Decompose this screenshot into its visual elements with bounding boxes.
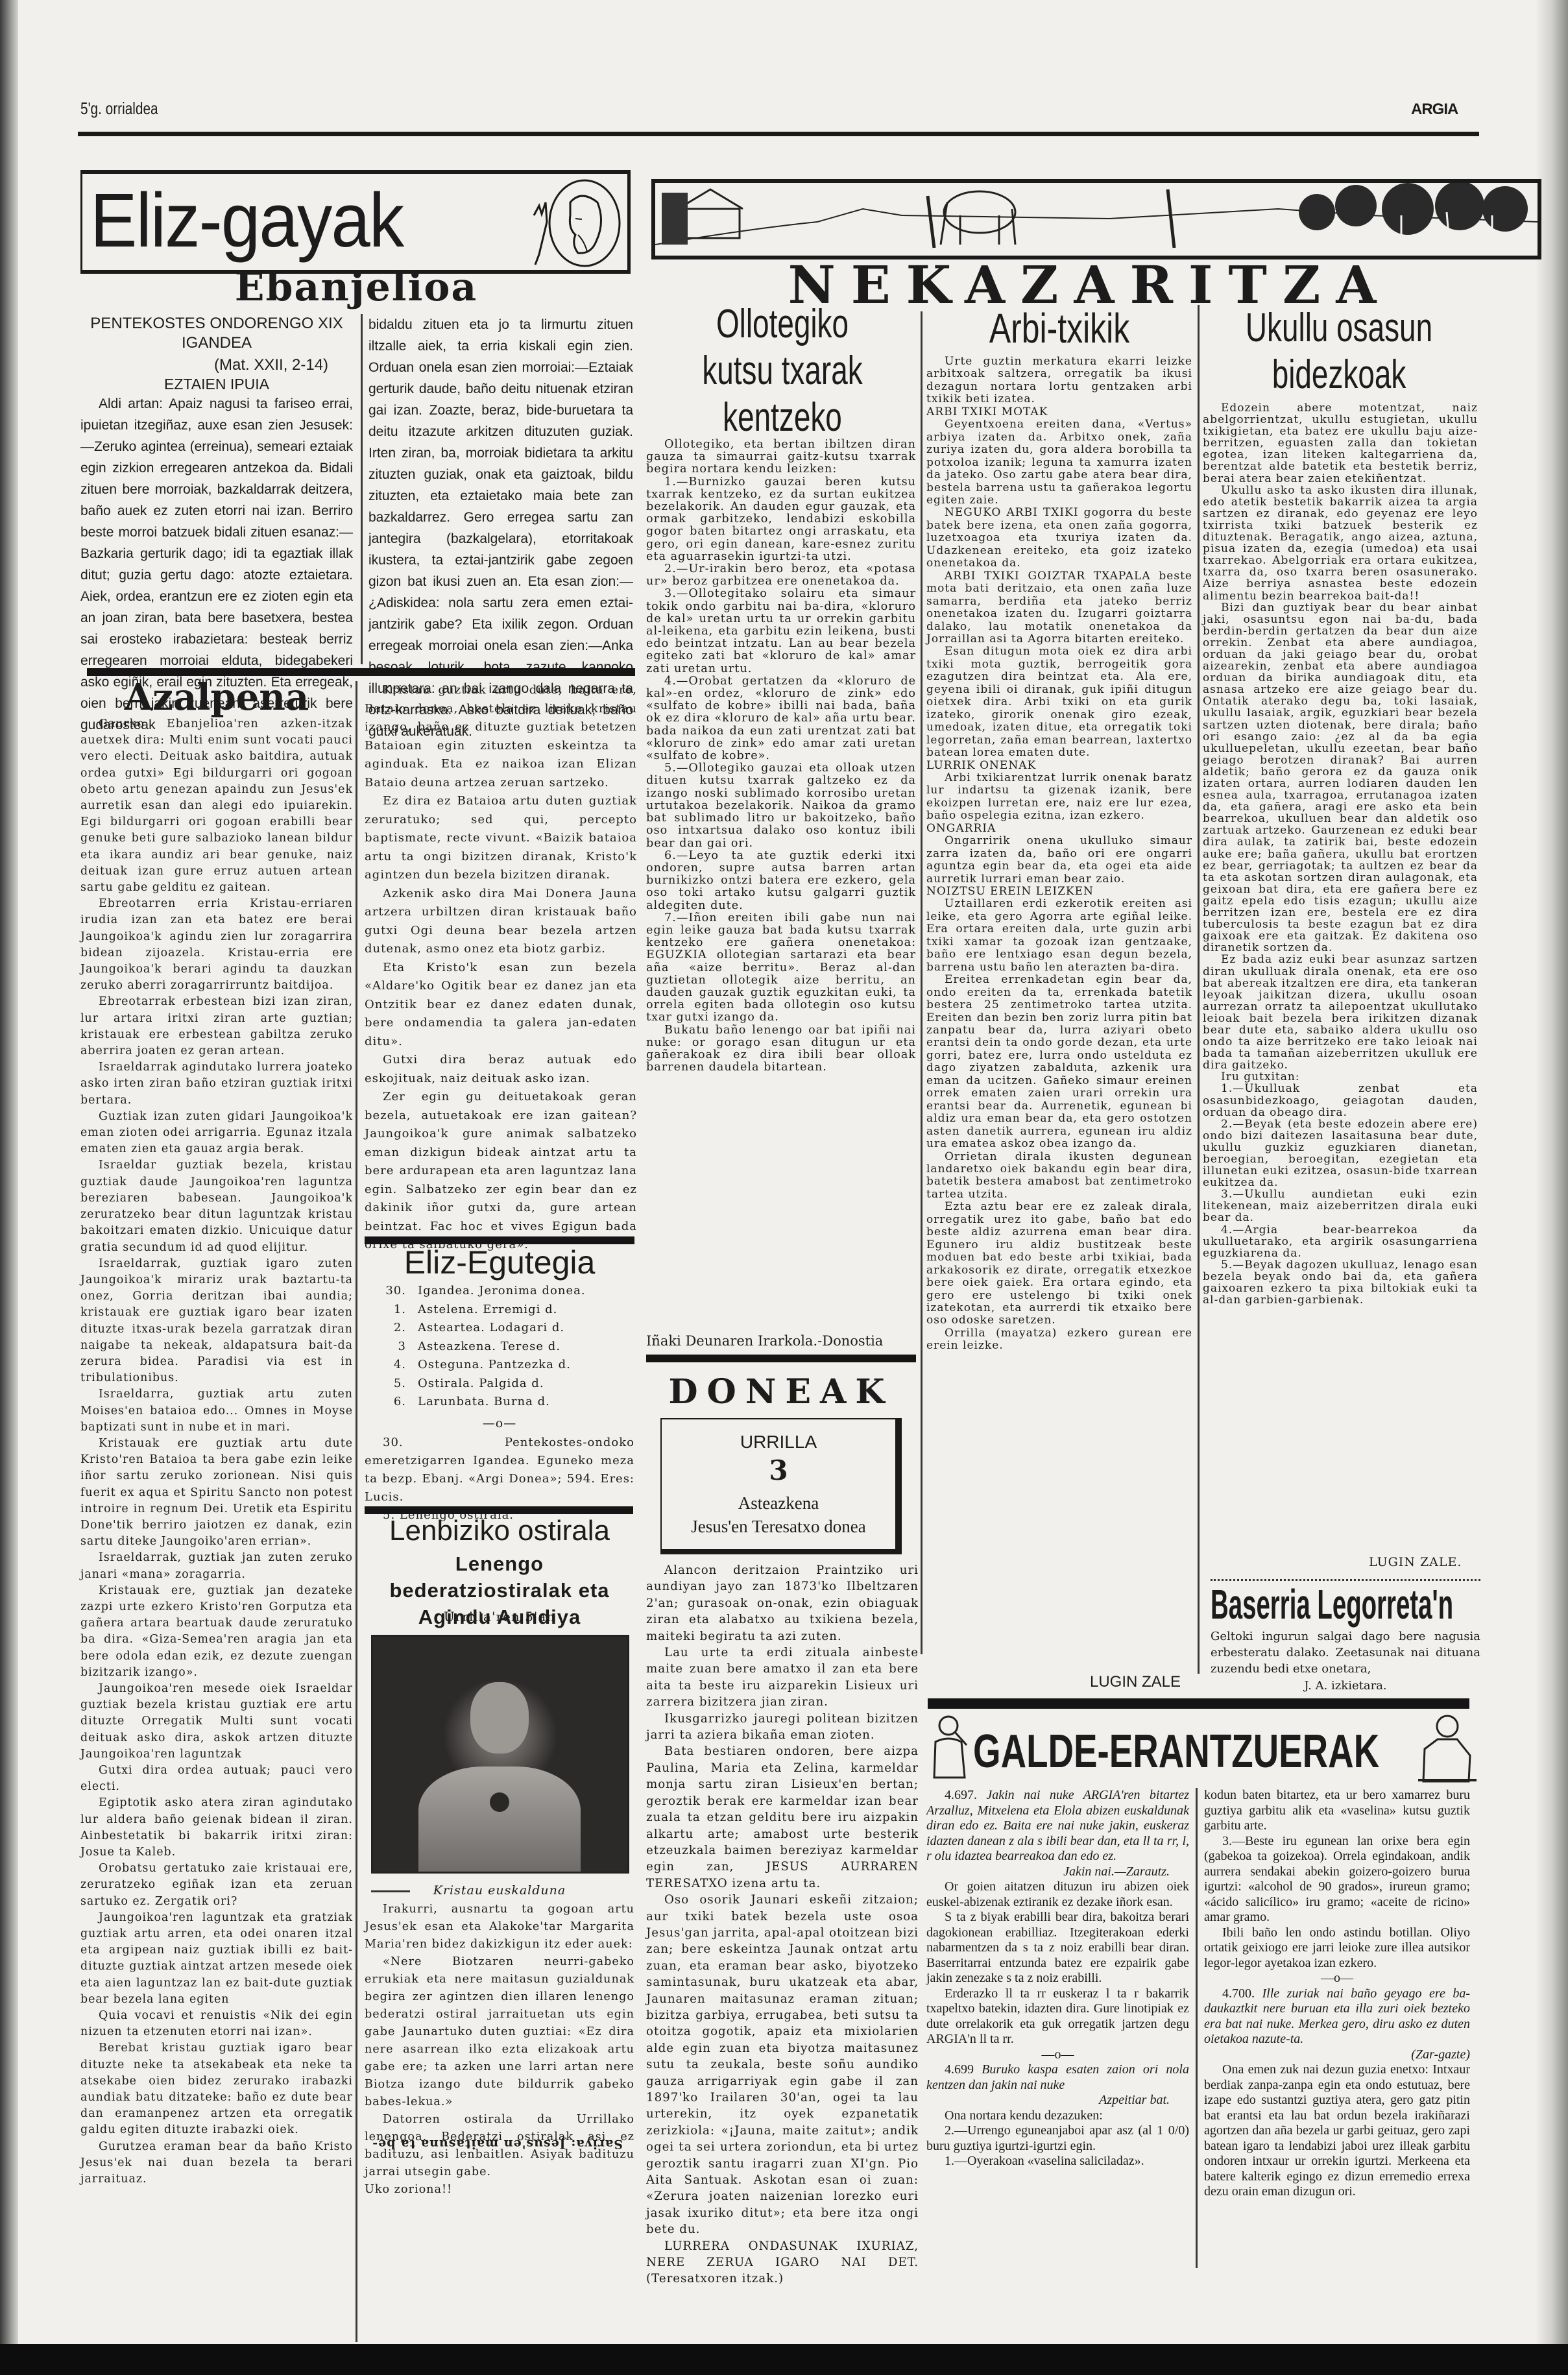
publication-name: ARGIA <box>1411 101 1458 119</box>
arbi-signature: LUGIN ZALE <box>1090 1671 1181 1693</box>
column-divider <box>1198 305 1200 1674</box>
calendar-list: 30.Igandea. Jeronima donea. 1.Astelena. … <box>376 1282 636 1412</box>
box-day: 3 <box>662 1454 895 1487</box>
lenbiziko-title: Lenbiziko ostirala <box>365 1514 634 1548</box>
calendar-day: 3Asteazkena. Terese d. <box>376 1338 636 1356</box>
azalpena-col2: Kristau guztiak artu dute, baita ere, Ba… <box>365 681 637 1255</box>
box-saint-name: Jesus'en Teresatxo donea <box>662 1517 895 1537</box>
calendar-day: 4.Osteguna. Pantzezka d. <box>376 1356 636 1375</box>
header-rule <box>78 132 1479 136</box>
scan-left-edge <box>0 0 18 2375</box>
ukullu-text: Edozein abere motentzat, naiz abelgorrie… <box>1203 402 1478 1306</box>
ukullu-title: Ukullu osasun bidezkoak <box>1238 305 1440 398</box>
calendar-day: 30.Igandea. Jeronima donea. <box>376 1282 636 1301</box>
box-month: URRILLA <box>662 1431 895 1453</box>
column-divider <box>1196 1788 1198 2268</box>
gospel-text-col2: bidaldu zituen eta jo ta lirmurtu zituen… <box>368 314 633 742</box>
man-at-desk-icon <box>1418 1710 1477 1785</box>
doneak-text: Alancon deritzaion Praintziko uri aundiy… <box>646 1562 919 2287</box>
azalpena-col1: Gaurko Ebanjelioa'ren azken-itzak auetxe… <box>80 716 353 2188</box>
galde-col1: 4.697. Jakin nai nuke ARGIA'ren bitartez… <box>926 1788 1189 2169</box>
azalpena-rule <box>87 668 635 676</box>
man-reading-icon <box>929 1713 974 1784</box>
ollotegiko-text: Ollotegiko, eta bertan ibiltzen diran ga… <box>646 439 916 1074</box>
galde-col2: kodun baten bitartez, eta ur bero xamarr… <box>1204 1788 1470 2200</box>
lenbiziko-date: Urrilla'ren 5'an <box>365 1608 634 1626</box>
column-divider <box>356 681 357 2342</box>
lenbiziko-text: Irakurri, ausnartu ta gogoan artu Jesus'… <box>365 1901 634 2199</box>
column-divider <box>921 311 923 1654</box>
baserria-title: Baserria Legorreta'n <box>1211 1583 1374 1626</box>
column-divider <box>361 314 363 664</box>
printer-credit: Iñaki Deunaren Irarkola.-Donostia <box>646 1331 883 1351</box>
robe-shape <box>418 1766 581 1874</box>
ukullu-signature: LUGIN ZALE. <box>1369 1553 1462 1572</box>
saint-date-box: URRILLA 3 Asteazkena Jesus'en Teresatxo … <box>660 1418 902 1554</box>
lenbiziko-rule <box>365 1506 633 1514</box>
galde-erantzuerak-title: GALDE-ERANTZUERAK <box>973 1726 1379 1778</box>
scripture-reference: (Mat. XXII, 2-14) <box>214 354 328 376</box>
arbi-txikik-title: Arbi-txikik <box>956 305 1163 352</box>
scan-bottom-edge <box>0 2344 1568 2375</box>
baserria-contact: J. A. izkietara. <box>1211 1679 1480 1693</box>
face-shape <box>470 1682 529 1754</box>
eliz-gayak-title: Eliz-gayak <box>90 169 403 272</box>
parable-subhead: EZTAIEN IPUIA <box>80 374 353 395</box>
calendar-day: 1.Astelena. Erremigi d. <box>376 1301 636 1320</box>
farm-landscape-illustration <box>655 183 1538 256</box>
galde-rule <box>928 1698 1469 1709</box>
ollotegiko-title: Ollotegiko kutsu txarak kentzeko <box>682 301 884 441</box>
christ-blessing-icon <box>520 176 623 267</box>
ebanjelioa-title: Ebanjelioa <box>80 265 632 310</box>
nekazaritza-banner <box>651 179 1541 259</box>
eliz-egutegia-title: Eliz-Egutegia <box>365 1244 634 1281</box>
calendar-separator: —o— <box>365 1414 634 1433</box>
azalpena-title: Azalpena <box>80 679 353 716</box>
question-4699: 4.699 Buruko kaspa esaten zaion ori nola… <box>926 2062 1189 2093</box>
sunday-subhead: PENTEKOSTES ONDORENGO XIX IGANDEA <box>80 314 353 353</box>
arbi-txikik-text: Urte guztin merkatura ekarri leizke arbi… <box>926 356 1192 1353</box>
box-weekday: Asteazkena <box>662 1493 895 1513</box>
scan-right-edge <box>1536 0 1568 2375</box>
eliz-gayak-banner: Eliz-gayak <box>80 170 631 274</box>
photo-caption: Kristau euskalduna <box>365 1881 634 1900</box>
baserria-text: Geltoki ingurun salgai dago bere nagusia… <box>1211 1628 1480 1677</box>
calendar-day: 2.Asteartea. Lodagari d. <box>376 1319 636 1338</box>
mirrored-text-line: Sariya: Jesus'en maitasuna ta be- <box>363 2134 623 2153</box>
calendar-day: 6.Larunbata. Burna d. <box>376 1393 636 1412</box>
doneak-title: DONEAK <box>646 1373 916 1412</box>
heart-icon <box>490 1792 509 1812</box>
sacred-heart-photo <box>371 1635 629 1874</box>
page-number-label: 5'g. orrialdea <box>80 99 158 119</box>
calendar-day: 5.Ostirala. Palgida d. <box>376 1375 636 1393</box>
question-4697: 4.697. Jakin nai nuke ARGIA'ren bitartez… <box>926 1788 1189 1864</box>
doneak-rule <box>646 1355 916 1362</box>
question-4700: 4.700. Ille zuriak nai baño geyago ere b… <box>1204 1986 1470 2047</box>
egutegia-rule <box>365 1236 634 1244</box>
